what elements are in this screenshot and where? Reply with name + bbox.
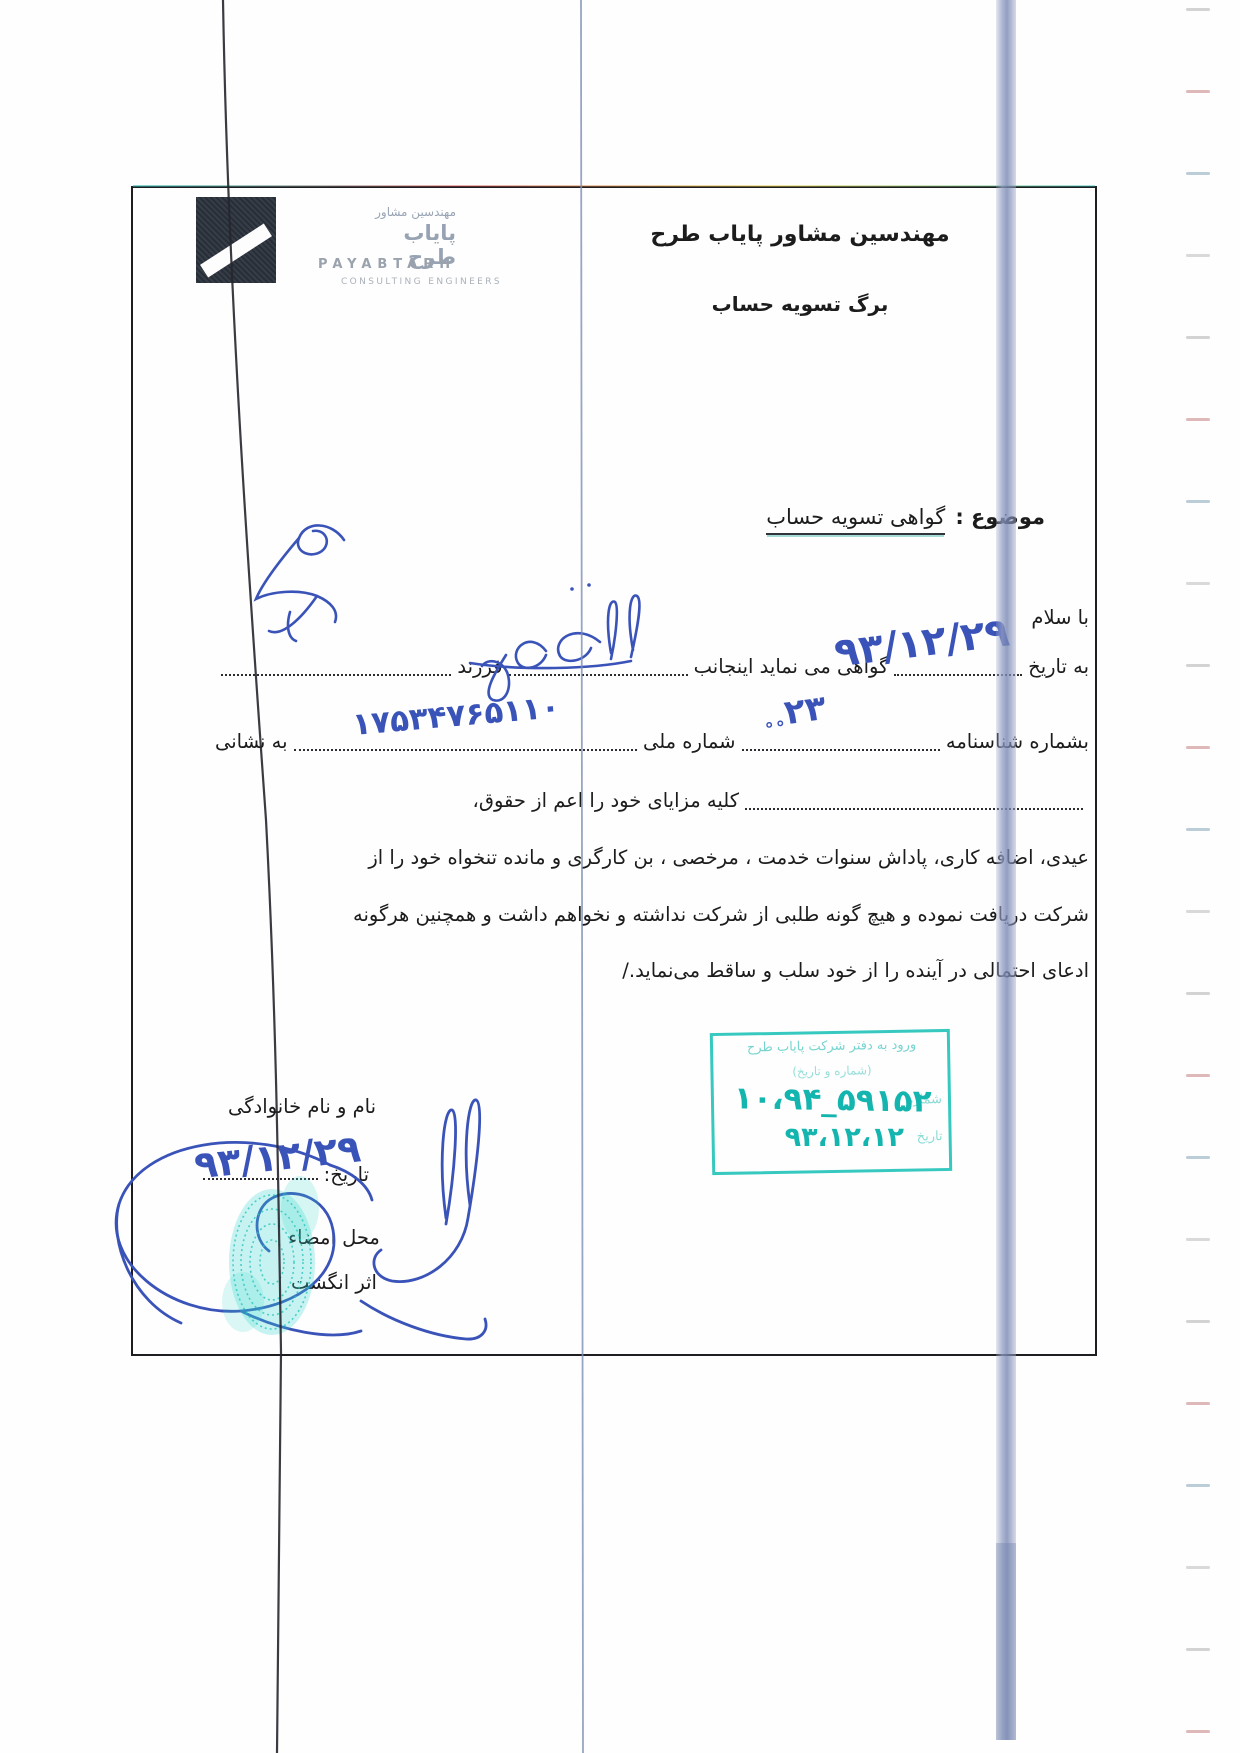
edge-dash	[1186, 1484, 1210, 1487]
logo-script-line1: مهندسین مشاور	[348, 205, 456, 219]
id-dotted-field	[742, 748, 940, 751]
edge-dash	[1186, 910, 1210, 913]
edge-dash	[1186, 1156, 1210, 1159]
handwritten-id-zeros: ∘∘	[762, 712, 787, 736]
line1-post: فرزند	[457, 652, 502, 682]
edge-dash	[1186, 1238, 1210, 1241]
logo-latin-text: PAYABTARH	[318, 257, 456, 272]
edge-dash	[1186, 1074, 1210, 1077]
salutation-text: با سلام	[1031, 603, 1089, 633]
edge-dash	[1186, 828, 1210, 831]
edge-dash	[1186, 254, 1210, 257]
edge-dash	[1186, 172, 1210, 175]
body-line-5: شرکت دریافت نموده و هیچ گونه طلبی از شرک…	[215, 900, 1089, 930]
name-surname-label: نام و نام خانوادگی	[228, 1095, 376, 1118]
edge-dash	[1186, 1320, 1210, 1323]
signature-place-label: محل امضاء	[288, 1226, 380, 1249]
stamp-number-value: ۱۰،۹۴_۵۹۱۵۲	[734, 1080, 932, 1119]
line5-text: شرکت دریافت نموده و هیچ گونه طلبی از شرک…	[353, 900, 1089, 930]
father-dotted-field	[221, 673, 451, 676]
edge-dash	[1186, 336, 1210, 339]
fingerprint-label: اثر انگشت	[291, 1271, 377, 1294]
national-id-dotted-field	[294, 748, 637, 751]
line6-text: ادعای احتمالی در آینده را از خود سلب و س…	[622, 956, 1089, 986]
edge-dash	[1186, 992, 1210, 995]
line1-pre: به تاریخ	[1028, 652, 1089, 682]
scanner-strip-artifact	[996, 0, 1016, 1740]
company-logo-icon	[196, 197, 276, 283]
edge-dash	[1186, 418, 1210, 421]
address-dotted-field	[745, 807, 1083, 810]
scanned-document-page: مهندسین مشاور پایاب طرح PAYABTARH CONSUL…	[0, 0, 1240, 1753]
line4-text: عیدی، اضافه کاری، پاداش سنوات خدمت ، مرخ…	[368, 843, 1089, 873]
edge-dash	[1186, 1648, 1210, 1651]
line2-c: به نشانی	[215, 727, 288, 757]
line3-text: کلیه مزایای خود را اعم از حقوق،	[473, 786, 739, 816]
body-line-2: بشماره شناسنامه شماره ملی به نشانی	[215, 727, 1089, 757]
edge-dash	[1186, 90, 1210, 93]
handwritten-id-digits: ۲۳	[782, 688, 829, 733]
edge-dash	[1186, 500, 1210, 503]
logo-slash-shape	[200, 224, 272, 278]
line2-a: بشماره شناسنامه	[946, 727, 1089, 757]
stamp-line2: (شماره و تاریخ)	[724, 1062, 939, 1080]
org-title: مهندسین مشاور پایاب طرح	[620, 222, 980, 247]
body-line-3: کلیه مزایای خود را اعم از حقوق،	[215, 786, 1089, 816]
form-title: برگ تسویه حساب	[670, 292, 930, 316]
stamp-line1: ورود به دفتر شرکت پایاب طرح	[724, 1037, 939, 1056]
name-dotted-field	[509, 673, 688, 676]
edge-dash	[1186, 1566, 1210, 1569]
subject-value: گواهی تسویه حساب	[766, 505, 945, 535]
edge-dash	[1186, 1730, 1210, 1733]
body-line-4: عیدی، اضافه کاری، پاداش سنوات خدمت ، مرخ…	[215, 843, 1089, 873]
stamp-date-value: ۹۳،۱۲،۱۲	[785, 1122, 904, 1153]
office-entry-stamp: ورود به دفتر شرکت پایاب طرح (شماره و تار…	[710, 1029, 952, 1175]
line2-b: شماره ملی	[643, 727, 736, 757]
edge-dash	[1186, 582, 1210, 585]
edge-dash	[1186, 664, 1210, 667]
stamp-date-label: تاریخ	[917, 1129, 943, 1144]
body-line-6: ادعای احتمالی در آینده را از خود سلب و س…	[215, 956, 1089, 986]
edge-dash	[1186, 1402, 1210, 1405]
logo-subtitle: CONSULTING ENGINEERS	[341, 277, 502, 287]
edge-dash	[1186, 8, 1210, 11]
edge-dash	[1186, 746, 1210, 749]
subject-line: موضوع : گواهی تسویه حساب	[700, 505, 1045, 535]
